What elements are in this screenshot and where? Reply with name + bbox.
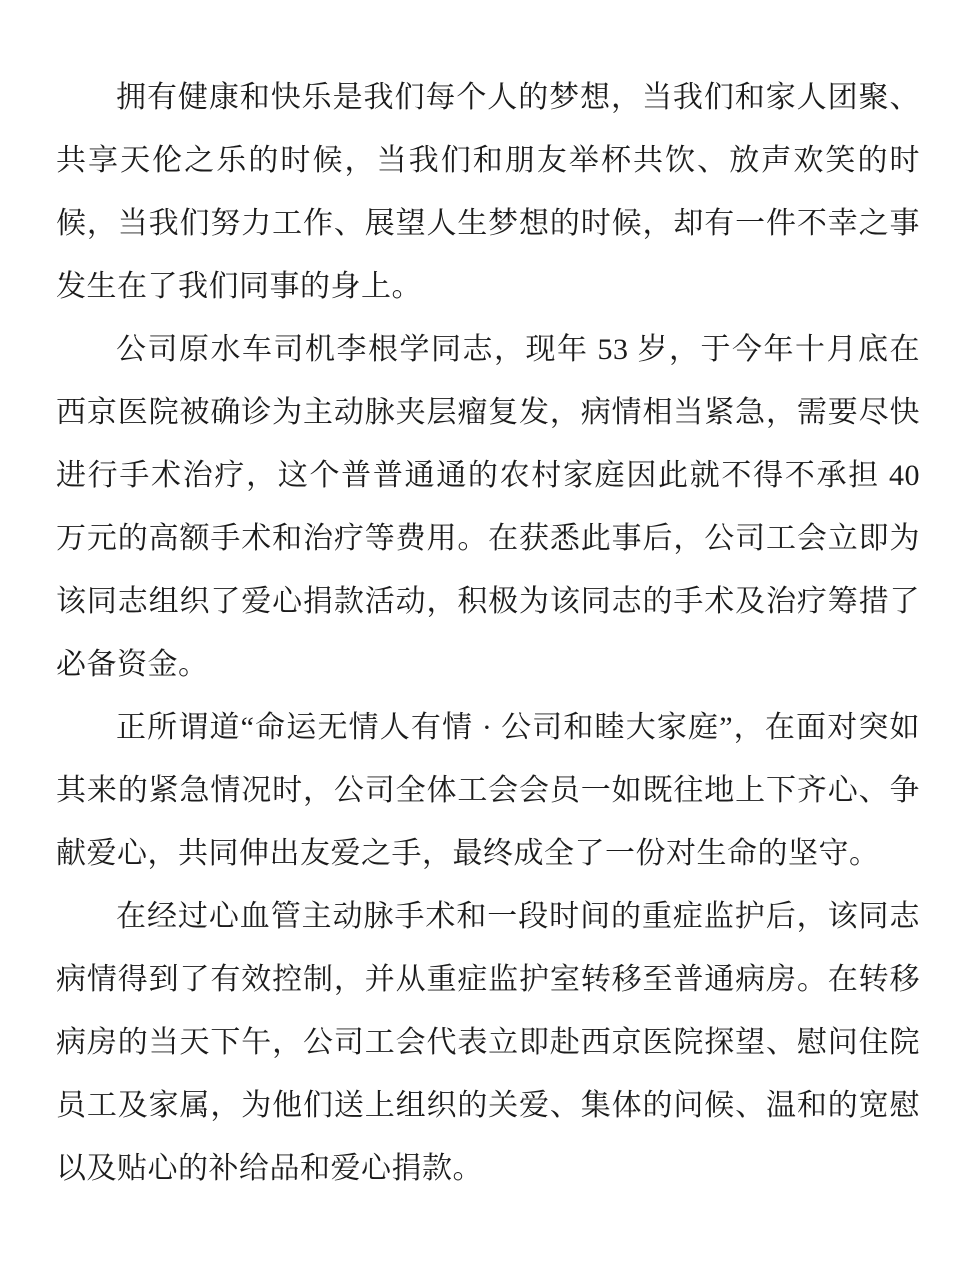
document-text-block: 拥有健康和快乐是我们每个人的梦想，当我们和家人团聚、共享天伦之乐的时候，当我们和…: [56, 66, 920, 1200]
paragraph-4: 在经过心血管主动脉手术和一段时间的重症监护后，该同志病情得到了有效控制，并从重症…: [56, 885, 920, 1200]
paragraph-2: 公司原水车司机李根学同志，现年 53 岁，于今年十月底在西京医院被确诊为主动脉夹…: [56, 318, 920, 696]
document-page: 拥有健康和快乐是我们每个人的梦想，当我们和家人团聚、共享天伦之乐的时候，当我们和…: [0, 0, 977, 1273]
paragraph-3: 正所谓道“命运无情人有情 · 公司和睦大家庭”，在面对突如其来的紧急情况时，公司…: [56, 696, 920, 885]
paragraph-1: 拥有健康和快乐是我们每个人的梦想，当我们和家人团聚、共享天伦之乐的时候，当我们和…: [56, 66, 920, 318]
